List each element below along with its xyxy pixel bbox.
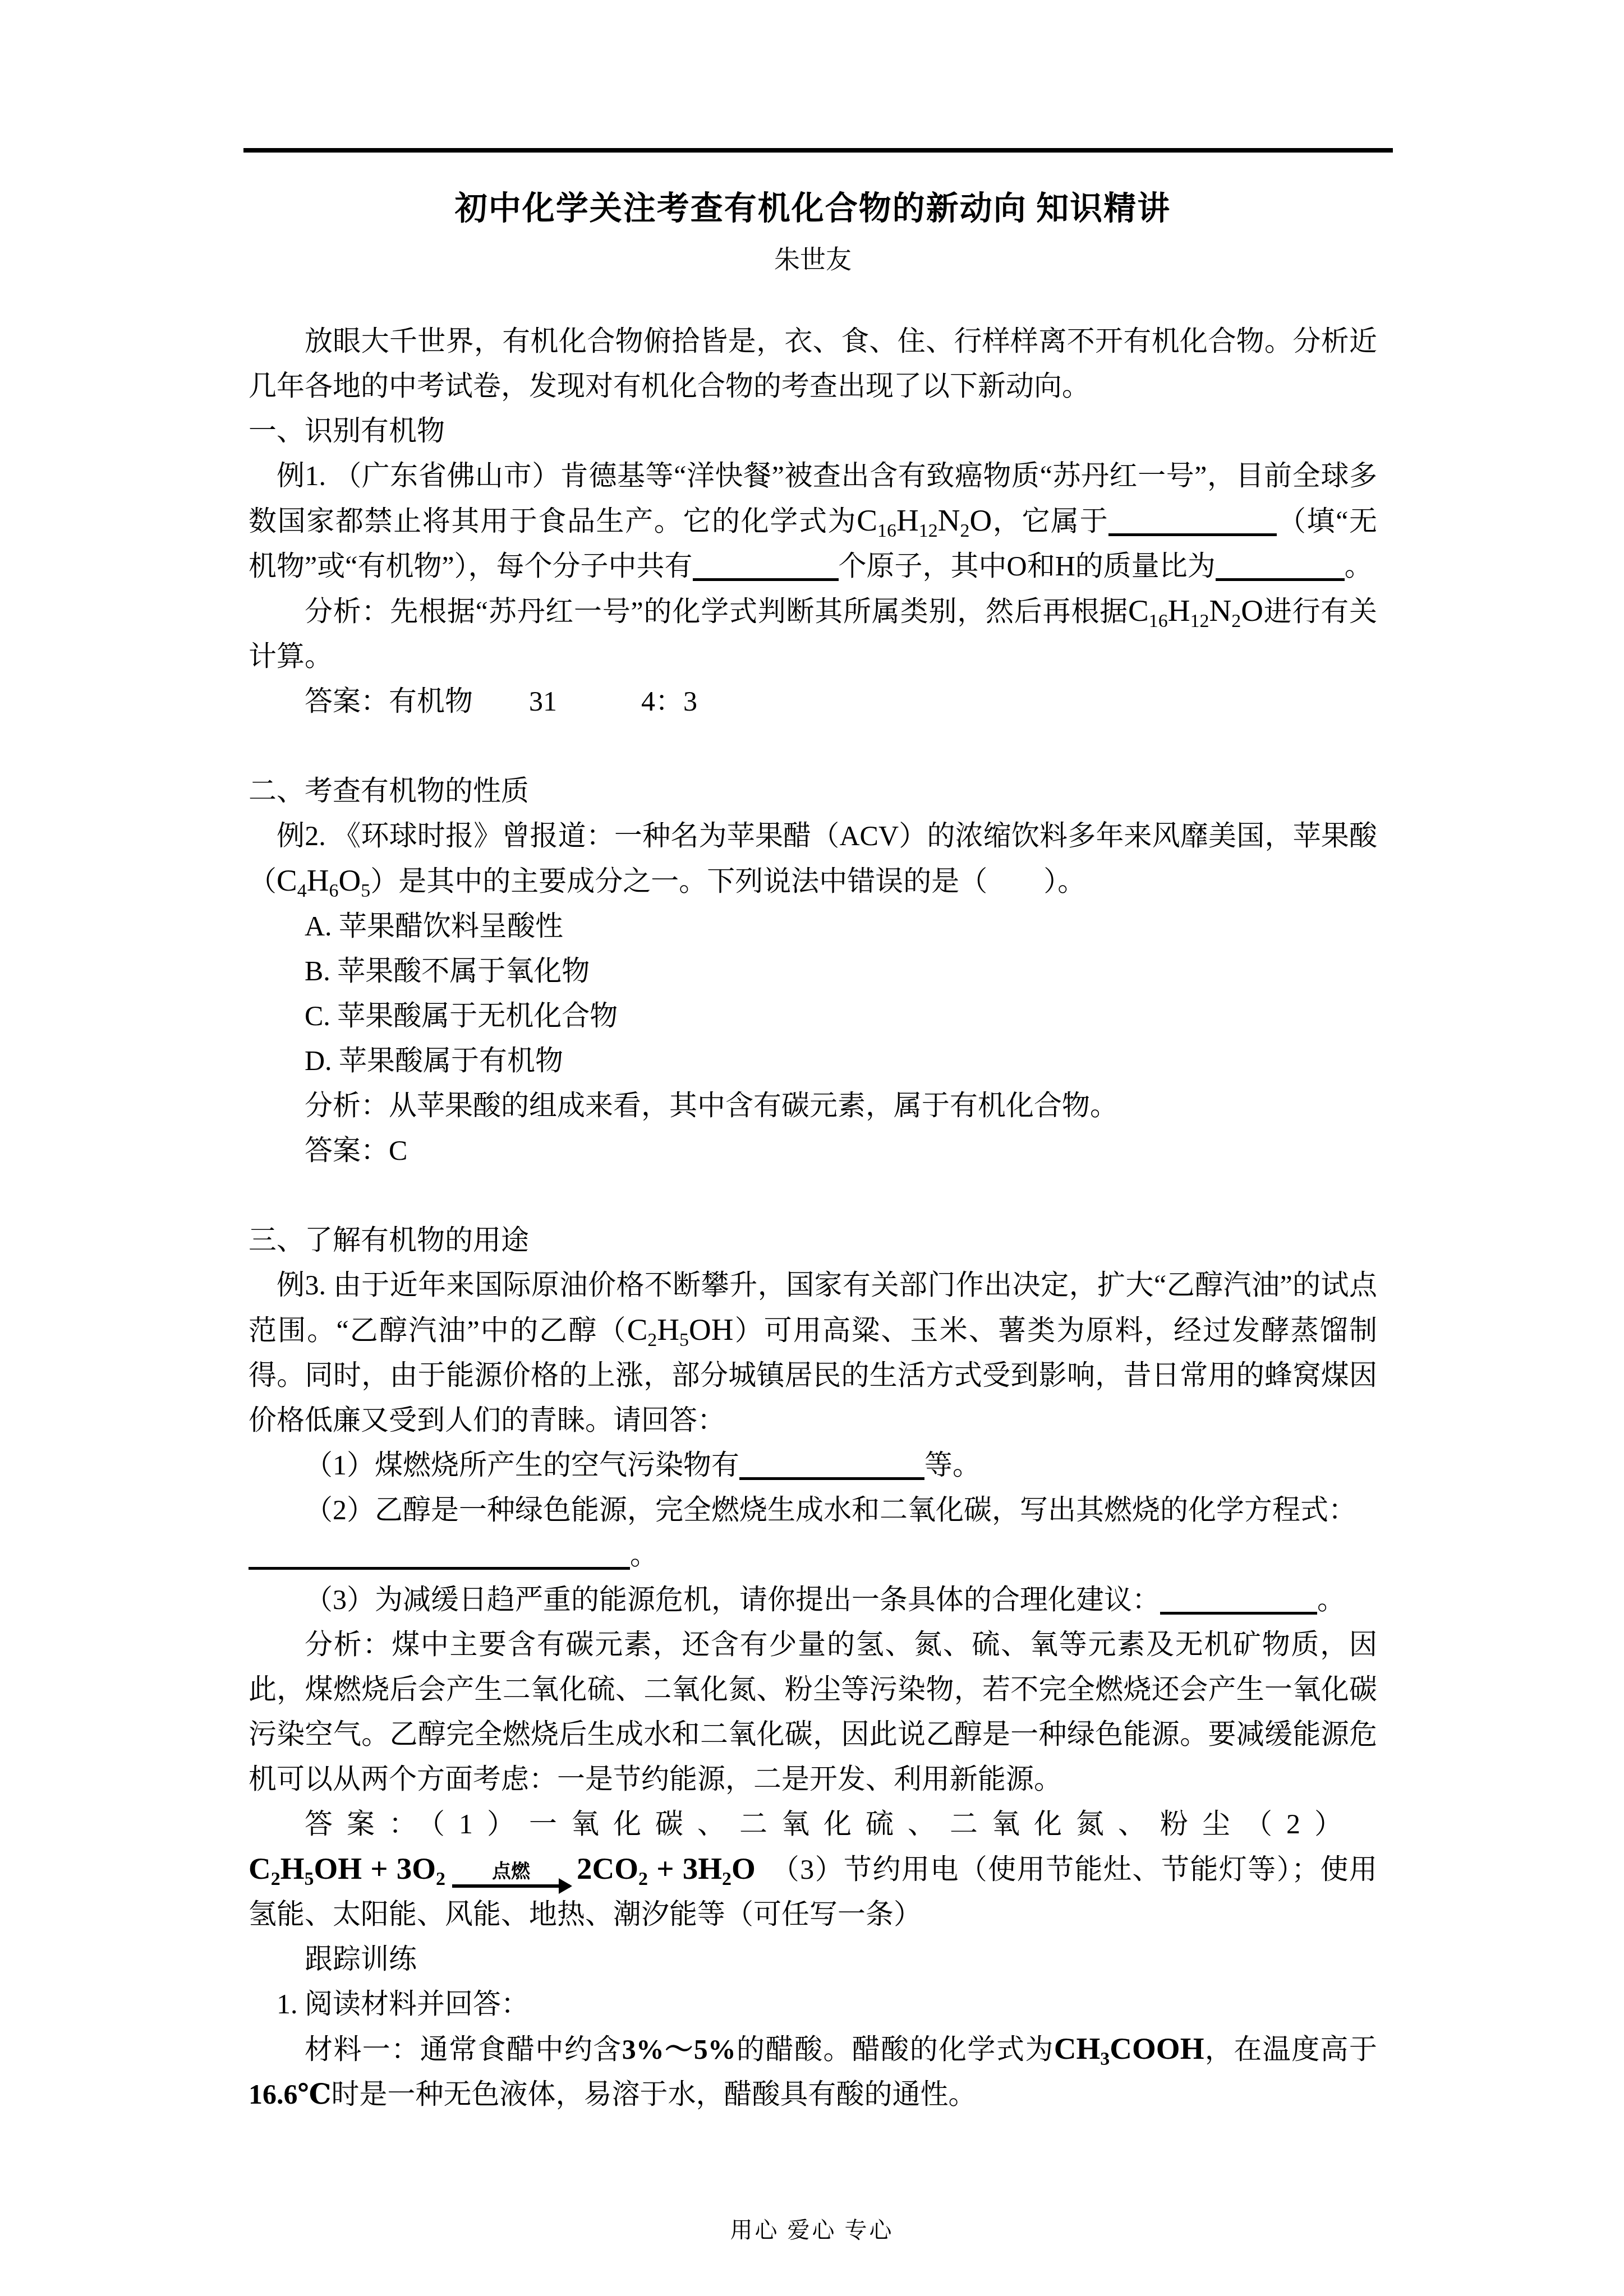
text-run: 放眼大千世界，有机化合物俯拾皆是，衣、食、住、行样样离不开有机化合物。分析近几年…	[249, 325, 1377, 402]
text-run: 。	[630, 1539, 658, 1570]
text-run: ）是其中的主要成分之一。下列说法中错误的是（ ）。	[370, 865, 1085, 897]
section-gap-1	[249, 723, 1377, 768]
chemical-formula-segment: H	[1168, 593, 1190, 628]
section-heading-1: 一、识别有机物	[249, 408, 1377, 453]
blank-underline	[739, 1472, 924, 1480]
chemical-formula-segment: OH	[314, 1851, 362, 1885]
text-run: （1）煤燃烧所产生的空气污染物有	[305, 1449, 739, 1481]
chemical-formula-segment: O	[1241, 593, 1263, 628]
material-1: 材料一：通常食醋中约含3%～5%的醋酸。醋酸的化学式为CH3COOH，在温度高于…	[249, 2026, 1377, 2117]
text-run: 跟踪训练	[305, 1943, 417, 1975]
chemical-formula-segment: C	[627, 1312, 648, 1347]
text-run: D. 苹果酸属于有机物	[305, 1045, 563, 1076]
section-gap-2	[249, 1173, 1377, 1218]
chemical-formula-segment: N	[1209, 593, 1231, 628]
document-body: 放眼大千世界，有机化合物俯拾皆是，衣、食、住、行样样离不开有机化合物。分析近几年…	[249, 319, 1377, 2117]
text-run: 16.6℃	[249, 2078, 331, 2110]
chemical-formula-segment: 4	[297, 880, 307, 901]
chemical-formula-segment: H	[280, 1851, 305, 1885]
text-run: （2）乙醇是一种绿色能源，完全燃烧生成水和二氧化碳，写出其燃烧的化学方程式：	[305, 1494, 1356, 1525]
text-run: （3）为减缓日趋严重的能源危机，请你提出一条具体的合理化建议：	[305, 1584, 1160, 1615]
chemical-formula-segment: 2	[647, 1330, 657, 1350]
text-run: 1. 阅读材料并回答：	[277, 1988, 529, 2020]
text-run: A. 苹果醋饮料呈酸性	[305, 910, 563, 942]
chemical-formula-segment: COOH	[1110, 2031, 1204, 2066]
text-run: 。	[1317, 1584, 1345, 1615]
text-run: 的醋酸。醋酸的化学式为	[736, 2034, 1054, 2065]
blank-underline	[693, 573, 839, 581]
text-run: 一、识别有机物	[249, 415, 445, 446]
option-b: B. 苹果酸不属于氧化物	[249, 948, 1377, 993]
chemical-formula-segment: 2	[722, 1869, 732, 1889]
chemical-formula-segment: CH	[1054, 2031, 1101, 2066]
chemical-formula-segment: C	[1128, 593, 1149, 628]
header-rule	[243, 148, 1393, 153]
text-run: 例1. （广东省佛山市）肯德基等“洋快餐”被查出含有致癌物质“苏丹红一号”，目前…	[249, 460, 1377, 537]
chemical-formula-segment: H	[896, 503, 919, 537]
right-arrow-icon	[452, 1884, 570, 1888]
question-2: （2）乙醇是一种绿色能源，完全燃烧生成水和二氧化碳，写出其燃烧的化学方程式：	[249, 1487, 1377, 1532]
chemical-formula-segment: 5	[679, 1330, 689, 1350]
chemical-formula-segment: 3	[1100, 2049, 1110, 2069]
blank-underline	[249, 1561, 630, 1570]
chemical-formula-segment: 2	[271, 1869, 280, 1889]
chemical-formula-segment: 16	[1149, 611, 1168, 631]
text-run: 个原子，其中O和H的质量比为	[839, 550, 1216, 582]
chemical-formula-segment: 6	[329, 880, 338, 901]
chemical-formula-segment: O	[338, 863, 361, 897]
chemical-formula-segment: 5	[361, 880, 370, 901]
chemical-formula-segment: C	[277, 863, 297, 897]
reading-task: 1. 阅读材料并回答：	[249, 1981, 1377, 2026]
chemical-formula-segment: 2	[638, 1869, 648, 1889]
chemical-formula-segment: +	[648, 1851, 683, 1885]
analysis-2: 分析：从苹果酸的组成来看，其中含有碳元素，属于有机化合物。	[249, 1083, 1377, 1128]
text-run: 答案：有机物 31 4：3	[305, 685, 697, 717]
option-d: D. 苹果酸属于有机物	[249, 1038, 1377, 1083]
blank-underline	[1108, 528, 1277, 536]
chemical-formula-segment: H	[657, 1312, 679, 1347]
text-run: C. 苹果酸属于无机化合物	[305, 1000, 618, 1031]
chemical-formula-segment: N	[938, 503, 960, 537]
document-page: 初中化学关注考查有机化合物的新动向 知识精讲 朱世友 放眼大千世界，有机化合物俯…	[0, 0, 1624, 2296]
answer-blank-line: 。	[249, 1532, 1377, 1577]
text-run: 分析：煤中主要含有碳元素，还含有少量的氢、氮、硫、氧等元素及无机矿物质，因此，煤…	[249, 1629, 1377, 1795]
answer-2: 答案：C	[249, 1128, 1377, 1173]
text-run: 分析：从苹果酸的组成来看，其中含有碳元素，属于有机化合物。	[305, 1090, 1118, 1121]
text-run: 二、考查有机物的性质	[249, 775, 529, 806]
chemical-formula-segment: 12	[1190, 611, 1209, 631]
reaction-condition-arrow: 点燃	[452, 1862, 570, 1888]
chemical-formula-segment: 3O	[397, 1851, 436, 1885]
text-run: 时是一种无色液体，易溶于水，醋酸具有酸的通性。	[331, 2078, 976, 2110]
question-1: （1）煤燃烧所产生的空气污染物有等。	[249, 1442, 1377, 1487]
chemical-formula-segment: H	[307, 863, 329, 897]
option-c: C. 苹果酸属于无机化合物	[249, 993, 1377, 1038]
chemical-formula-segment: 2	[1231, 611, 1241, 631]
page-footer: 用心 爱心 专心	[0, 2212, 1624, 2244]
question-3: （3）为减缓日趋严重的能源危机，请你提出一条具体的合理化建议：。	[249, 1577, 1377, 1622]
example-3: 例3. 由于近年来国际原油价格不断攀升，国家有关部门作出决定，扩大“乙醇汽油”的…	[249, 1262, 1377, 1442]
blank-underline	[1160, 1606, 1317, 1615]
intro-paragraph: 放眼大千世界，有机化合物俯拾皆是，衣、食、住、行样样离不开有机化合物。分析近几年…	[249, 319, 1377, 408]
chemical-formula-segment: 12	[919, 520, 938, 541]
reaction-condition-label: 点燃	[492, 1862, 530, 1881]
chemical-formula-segment: 2CO	[577, 1851, 638, 1885]
text-run: B. 苹果酸不属于氧化物	[305, 955, 590, 986]
chemical-formula-segment: 2	[436, 1869, 445, 1889]
text-run: 分析：先根据“苏丹红一号”的化学式判断其所属类别，然后再根据	[305, 596, 1128, 627]
section-heading-3: 三、了解有机物的用途	[249, 1218, 1377, 1262]
text-run: 3%～5%	[622, 2034, 736, 2065]
option-a: A. 苹果醋饮料呈酸性	[249, 903, 1377, 948]
text-run: ，在温度高于	[1204, 2034, 1377, 2065]
analysis-3: 分析：煤中主要含有碳元素，还含有少量的氢、氮、硫、氧等元素及无机矿物质，因此，煤…	[249, 1622, 1377, 1801]
text-run: 。	[1345, 550, 1373, 582]
chemical-formula-segment: C	[249, 1851, 271, 1885]
section-heading-2: 二、考查有机物的性质	[249, 768, 1377, 813]
text-run: ，它属于	[992, 505, 1108, 537]
answer-1: 答案：有机物 31 4：3	[249, 679, 1377, 723]
document-author: 朱世友	[249, 244, 1377, 275]
chemical-formula-segment: 2	[960, 520, 969, 541]
chemical-formula-segment: C	[857, 503, 877, 537]
chemical-formula-segment: O	[732, 1851, 756, 1885]
chemical-formula-segment: +	[362, 1851, 397, 1885]
chemical-formula-segment: O	[969, 503, 992, 537]
text-run: 答案：（1）一氧化碳、二氧化硫、二氧化氮、粉尘（2）	[305, 1808, 1356, 1839]
chemical-formula-segment: 5	[305, 1869, 314, 1889]
text-run: 答案：C	[305, 1135, 407, 1166]
answer-3-equation: C2H5OH + 3O2点燃2CO2 + 3H2O （3）节约用电（使用节能灶、…	[249, 1846, 1377, 1937]
answer-3-spread-line: 答案：（1）一氧化碳、二氧化硫、二氧化氮、粉尘（2）	[249, 1801, 1377, 1846]
analysis-1: 分析：先根据“苏丹红一号”的化学式判断其所属类别，然后再根据C16H12N2O进…	[249, 588, 1377, 679]
text-run: 等。	[924, 1449, 981, 1481]
chemical-formula-segment: 3H	[683, 1851, 722, 1885]
chemical-formula-segment: OH	[689, 1312, 733, 1347]
blank-underline	[1216, 573, 1345, 581]
follow-up-heading: 跟踪训练	[249, 1937, 1377, 1981]
document-title: 初中化学关注考查有机化合物的新动向 知识精讲	[249, 188, 1377, 229]
example-2: 例2. 《环球时报》曾报道：一种名为苹果醋（ACV）的浓缩饮料多年来风靡美国，苹…	[249, 813, 1377, 903]
example-1: 例1. （广东省佛山市）肯德基等“洋快餐”被查出含有致癌物质“苏丹红一号”，目前…	[249, 453, 1377, 588]
text-run: 三、了解有机物的用途	[249, 1224, 529, 1256]
chemical-formula-segment: 16	[877, 520, 896, 541]
text-run: 材料一：通常食醋中约含	[305, 2034, 622, 2065]
